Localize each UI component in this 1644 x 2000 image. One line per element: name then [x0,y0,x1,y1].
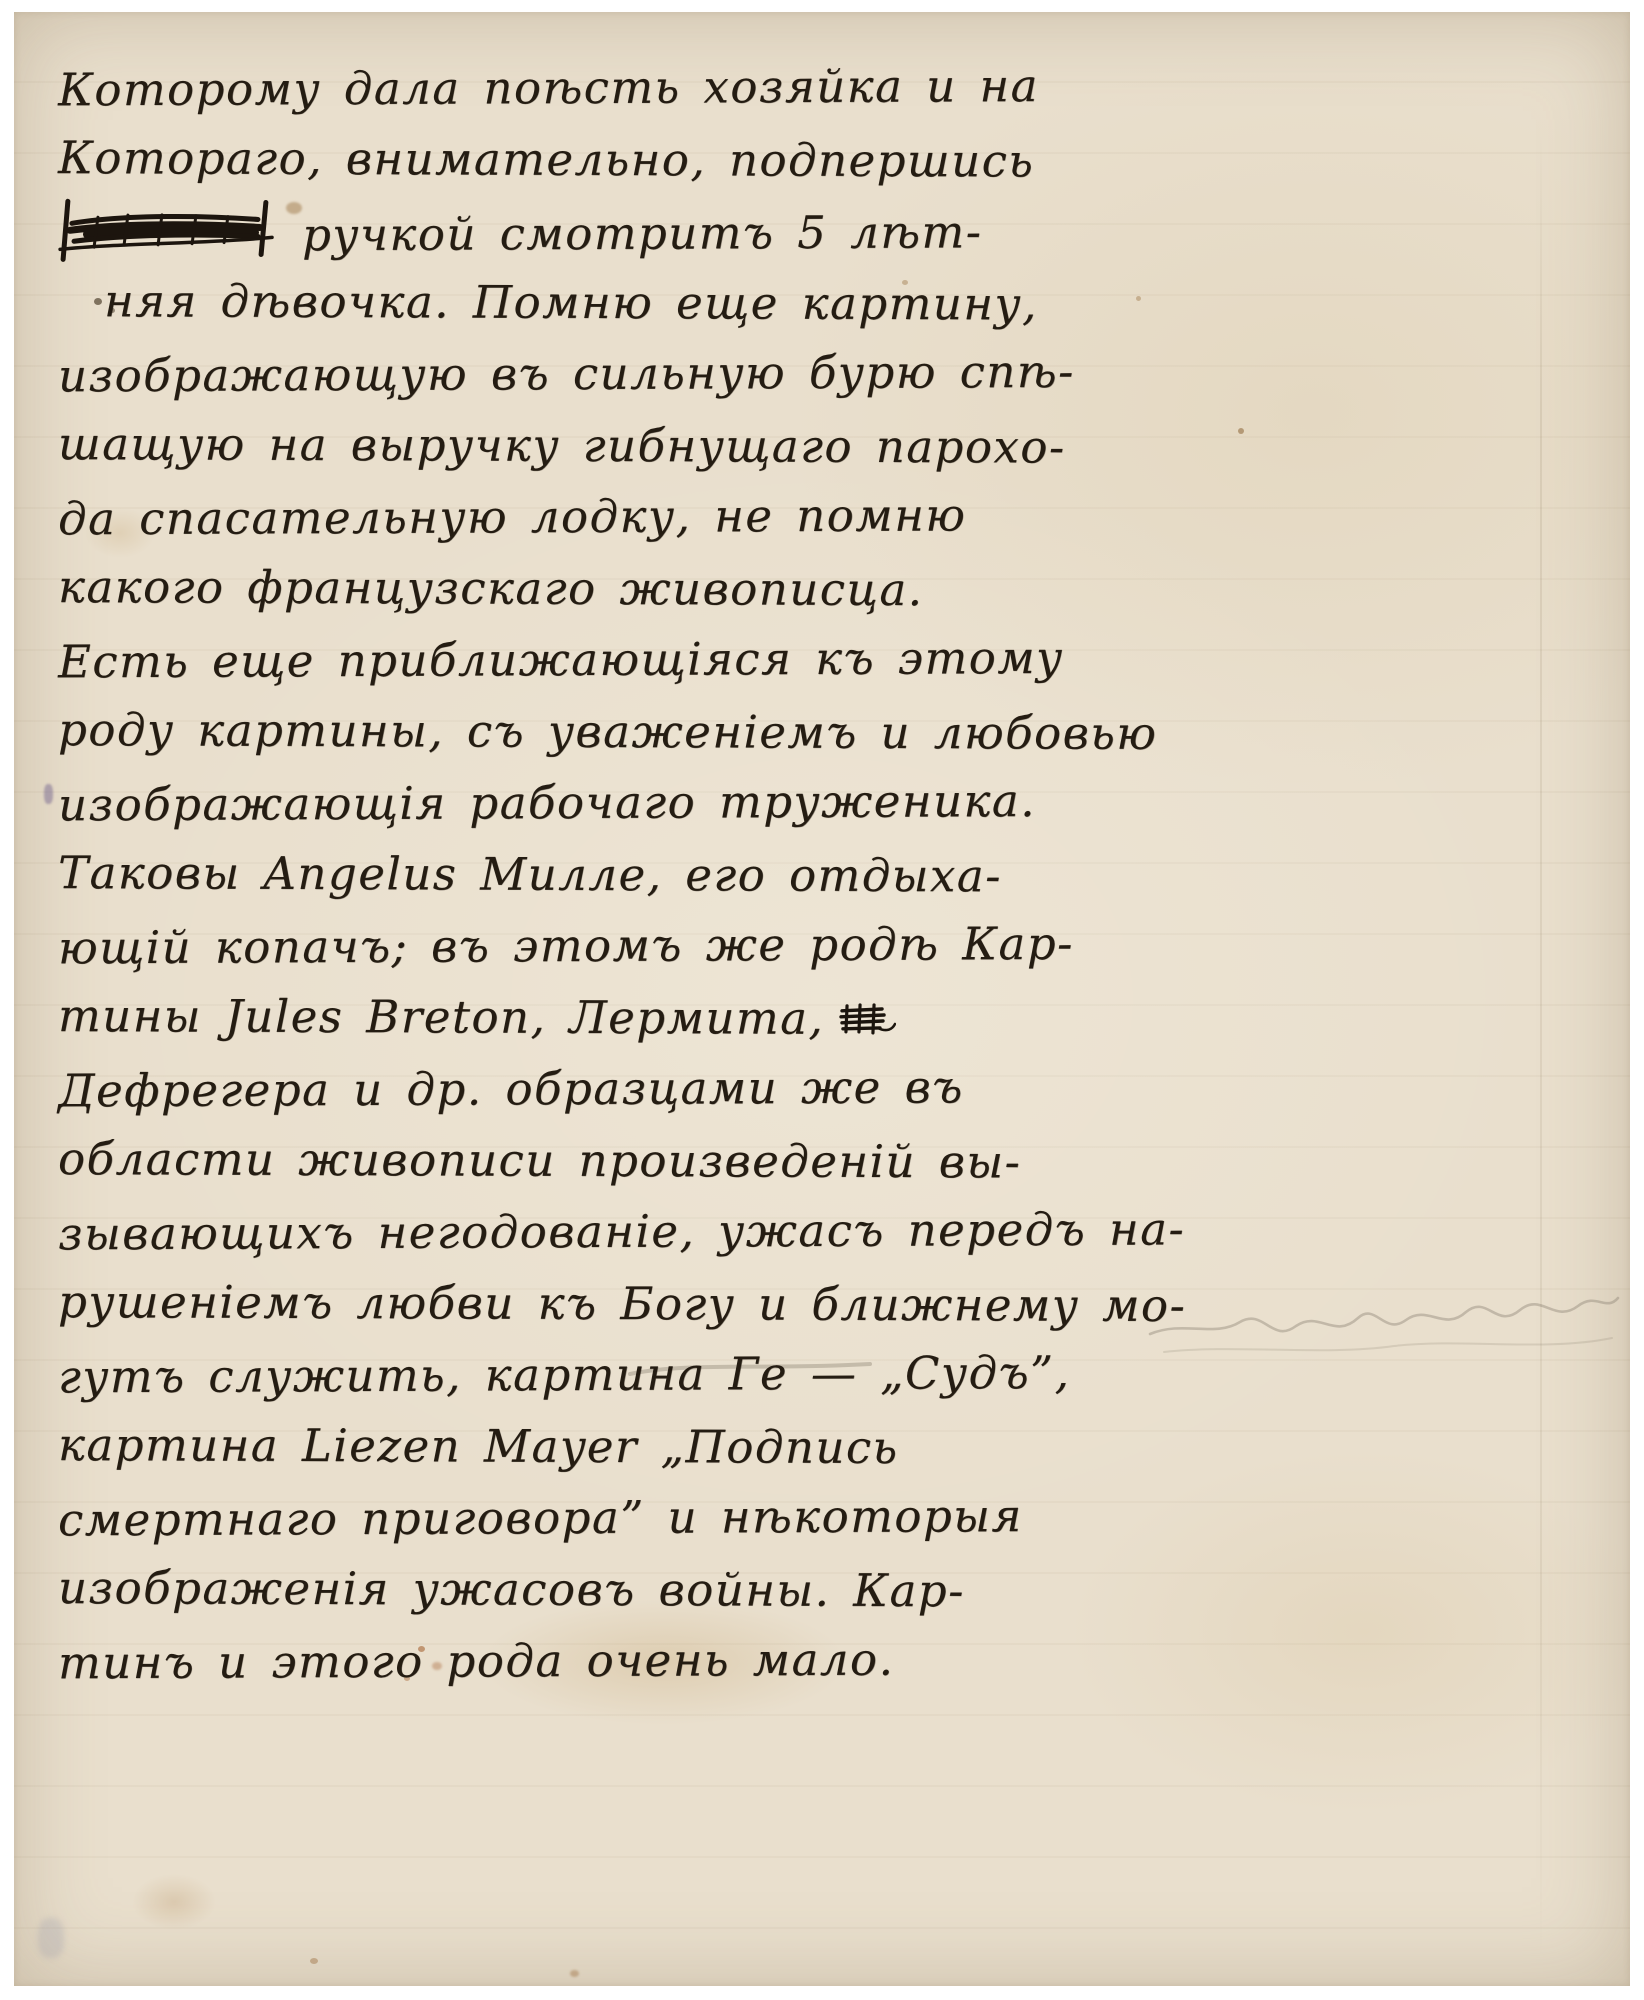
manuscript-line: Есть еще приближающіяся къ этому [58,622,1138,698]
line-text: зывающихъ негодованіе, ужасъ передъ на- [58,1202,1185,1260]
line-text: шащую на выручку гибнущаго парохо- [58,417,1066,474]
line-text: Дефрегера и др. образцами же въ [58,1060,964,1117]
line-text: Котораго, внимательно, подпершись [58,131,1035,187]
manuscript-line: тины Jules Breton, Лермита, [58,980,1138,1055]
ink-smudge [44,784,53,804]
line-text: Таковы Angelus Милле, его отдыха- [58,846,1002,902]
strikeout-scribble-icon [58,196,276,263]
manuscript-line: тинъ и этого рода очень мало. [58,1623,1138,1699]
ink-smudge [38,1918,64,1958]
line-text: гутъ служить, картина Ге — „Судъ”, [58,1346,1071,1403]
manuscript-line: изображающія рабочаго труженика. [58,765,1138,841]
line-text: области живописи произведеній вы- [58,1132,1022,1188]
line-text: да спасательную лодку, не помню [58,488,967,545]
manuscript-text-block: Которому дала поѣсть хозяйка и на Котора… [58,52,1138,1697]
manuscript-line: ручкой смотритъ 5 лѣт- [58,193,1138,269]
manuscript-line: Таковы Angelus Милле, его отдыха- [58,837,1138,912]
paper-crease [1540,132,1542,1962]
manuscript-line: шащую на выручку гибнущаго парохо- [58,408,1138,483]
strikeout-blot-icon [838,1001,896,1037]
line-text: рушеніемъ любви къ Богу и ближнему мо- [58,1275,1186,1332]
line-text: няя дѣвочка. Помню еще картину, [104,274,1038,330]
foxing-spot [310,1958,318,1964]
line-text: картина Liezen Mayer „Подпись [58,1418,899,1474]
foxing-spot [1238,428,1244,434]
pencil-inscription [1144,1260,1624,1370]
manuscript-line: роду картины, съ уваженіемъ и любовью [58,694,1138,769]
manuscript-line: Котораго, внимательно, подпершись [58,122,1138,197]
manuscript-line: смертнаго приговора” и нѣкоторыя [58,1480,1138,1556]
manuscript-line: изображающую въ сильную бурю спѣ- [58,336,1138,412]
line-text: изображающія рабочаго труженика. [58,774,1036,831]
manuscript-line: изображенія ужасовъ войны. Кар- [58,1552,1138,1627]
line-text: роду картины, съ уваженіемъ и любовью [58,703,1158,760]
line-text: смертнаго приговора” и нѣкоторыя [58,1489,1023,1546]
line-text: Есть еще приближающіяся къ этому [58,631,1064,688]
line-text: ручкой смотритъ 5 лѣт- [302,205,983,261]
manuscript-line: области живописи произведеній вы- [58,1123,1138,1198]
line-text: изображенія ужасовъ войны. Кар- [58,1561,965,1617]
manuscript-scan: Которому дала поѣсть хозяйка и на Котора… [0,0,1644,2000]
manuscript-line: няя дѣвочка. Помню еще картину, [58,265,1138,340]
line-text: ющій копачъ; въ этомъ же родѣ Кар- [58,917,1074,974]
line-text: изображающую въ сильную бурю спѣ- [58,345,1075,402]
line-text: Которому дала поѣсть хозяйка и на [58,59,1039,116]
line-text: тины Jules Breton, Лермита, [58,989,824,1045]
manuscript-line: Дефрегера и др. образцами же въ [58,1051,1138,1127]
manuscript-line: рушеніемъ любви къ Богу и ближнему мо- [58,1266,1138,1341]
foxing-spot [570,1970,579,1977]
manuscript-line: какого французскаго живописца. [58,551,1138,626]
manuscript-line: картина Liezen Mayer „Подпись [58,1409,1138,1484]
line-text: какого французскаго живописца. [58,560,924,616]
line-text: тинъ и этого рода очень мало. [58,1633,895,1690]
manuscript-line: Которому дала поѣсть хозяйка и на [58,50,1138,126]
manuscript-line: да спасательную лодку, не помню [58,479,1138,555]
manuscript-line: зывающихъ негодованіе, ужасъ передъ на- [58,1194,1138,1270]
manuscript-line: гутъ служить, картина Ге — „Судъ”, [58,1337,1138,1413]
paper-sheet: Которому дала поѣсть хозяйка и на Котора… [14,12,1630,1986]
manuscript-line: ющій копачъ; въ этомъ же родѣ Кар- [58,908,1138,984]
